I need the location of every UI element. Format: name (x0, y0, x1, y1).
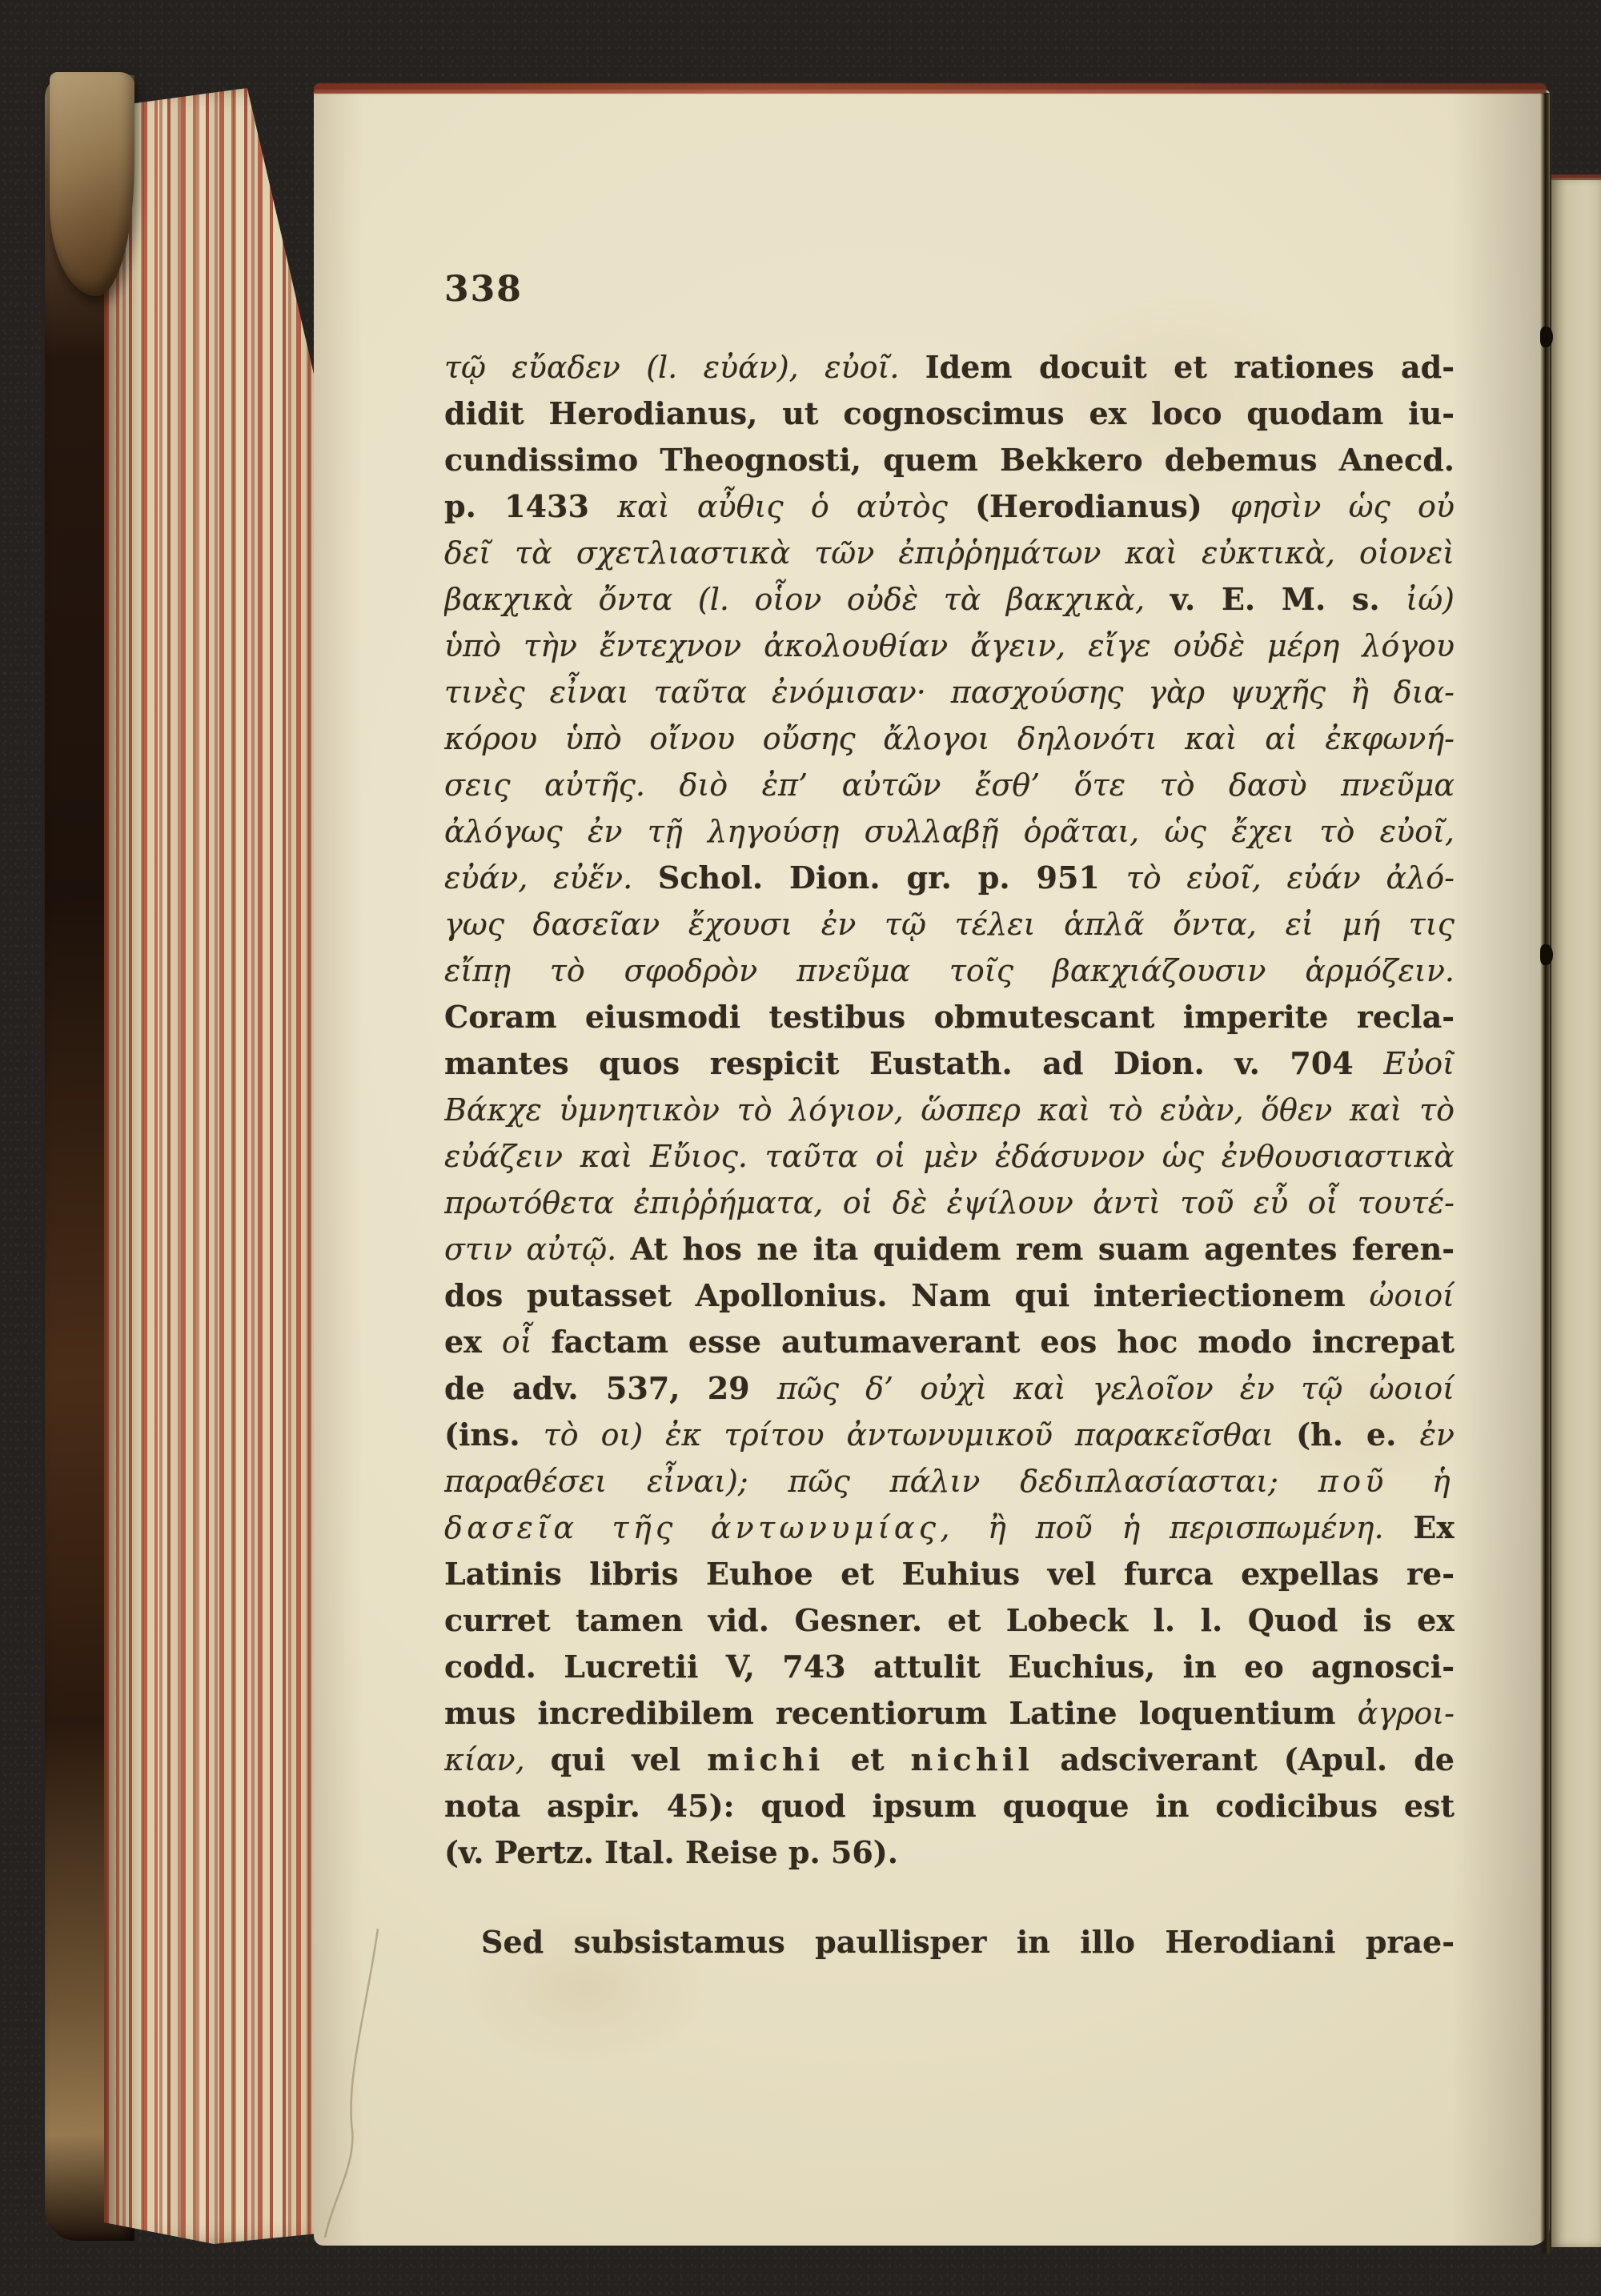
greek-text-segment: δεῖ τὰ σχετλιαστικὰ τῶν ἐπιῤῥημάτων καὶ … (444, 535, 1455, 571)
latin-text-segment: et (825, 1741, 911, 1777)
text-line: δεῖ τὰ σχετλιαστικὰ τῶν ἐπιῤῥημάτων καὶ … (444, 530, 1455, 576)
text-line: στιν αὐτῷ. At hos ne ita quidem rem suam… (444, 1226, 1455, 1272)
latin-text-segment: michi (707, 1741, 824, 1777)
greek-text-segment: ποῦ ἡ (1318, 1464, 1455, 1499)
page-top-stain (314, 83, 1547, 94)
latin-text-segment: de adv. 537, 29 (444, 1370, 777, 1406)
latin-text-segment: p. 1433 (444, 488, 617, 524)
text-line: mus incredibilem recentiorum Latine loqu… (444, 1690, 1455, 1737)
greek-text-segment: εἴπῃ τὸ σφοδρὸν πνεῦμα τοῖς βακχιάζουσιν… (444, 953, 1455, 988)
greek-text-segment: Εὐοῖ (1383, 1046, 1455, 1081)
latin-text-segment: (Herodianus) (975, 488, 1230, 524)
text-line: εὐάν, εὐἕν. Schol. Dion. gr. p. 951 τὸ ε… (444, 855, 1455, 901)
greek-text-segment: εὐάν, εὐἕν. (444, 860, 658, 896)
greek-text-segment: δασεῖα τῆς ἀντωνυμίας, (444, 1510, 988, 1545)
text-line: nota aspir. 45): quod ipsum quoque in co… (444, 1783, 1455, 1829)
greek-text-segment: οἷ (502, 1324, 552, 1360)
text-line: τῷ εὔαδεν (l. εὐάν), εὐοῖ. Idem docuit e… (444, 344, 1455, 391)
latin-text-segment: Coram eiusmodi testibus obmutescant impe… (444, 999, 1455, 1035)
latin-text-segment: (ins. (444, 1416, 544, 1453)
text-line: παραθέσει εἶναι); πῶς πάλιν δεδιπλασίαστ… (444, 1458, 1455, 1505)
greek-text-segment: τὸ οι) ἐκ τρίτου ἀντωνυμικοῦ παρακεῖσθαι (544, 1417, 1296, 1453)
latin-text-segment: factam esse autumaverant eos hoc modo in… (551, 1324, 1455, 1360)
text-line: δασεῖα τῆς ἀντωνυμίας, ἢ ποῦ ἡ περισπωμέ… (444, 1505, 1455, 1551)
text-line: Latinis libris Euhoe et Euhius vel furca… (444, 1551, 1455, 1597)
greek-text-segment: ἰώ) (1406, 582, 1455, 617)
greek-text-segment: στιν αὐτῷ. (444, 1232, 631, 1267)
text-line: ἀλόγως ἐν τῇ ληγούσῃ συλλαβῇ ὁρᾶται, ὡς … (444, 808, 1455, 855)
greek-text-segment: καὶ αὖθις ὁ αὐτὸς (617, 489, 975, 524)
text-line: σεις αὐτῆς. διὸ ἐπ’ αὐτῶν ἔσθ’ ὅτε τὸ δα… (444, 762, 1455, 808)
latin-text-segment: (v. Pertz. Ital. Reise p. 56). (444, 1834, 898, 1870)
latin-text-segment: Latinis libris Euhoe et Euhius vel furca… (444, 1556, 1455, 1592)
text-line: κίαν, qui vel michi et nichil adsciveran… (444, 1737, 1455, 1783)
latin-text-segment: adsciverant (Apul. de (1033, 1741, 1455, 1777)
text-line: mantes quos respicit Eustath. ad Dion. v… (444, 1040, 1455, 1087)
text-line: Sed subsistamus paullisper in illo Herod… (444, 1919, 1455, 1965)
text-line: Βάκχε ὑμνητικὸν τὸ λόγιον, ὥσπερ καὶ τὸ … (444, 1087, 1455, 1133)
latin-text-segment: Ex (1413, 1509, 1455, 1545)
greek-text-segment: βακχικὰ ὄντα (l. οἷον οὐδὲ τὰ βακχικὰ, (444, 582, 1170, 617)
greek-text-segment: εὐάζειν καὶ Εὔιος. ταῦτα οἱ μὲν ἐδάσυνον… (444, 1139, 1455, 1174)
greek-text-segment: ἀλόγως ἐν τῇ ληγούσῃ συλλαβῇ ὁρᾶται, ὡς … (444, 814, 1455, 849)
latin-text-segment: cundissimo Theognosti, quem Bekkero debe… (444, 442, 1455, 478)
text-line: βακχικὰ ὄντα (l. οἷον οὐδὲ τὰ βακχικὰ, v… (444, 576, 1455, 623)
latin-text-segment: codd. Lucretii V, 743 attulit Euchius, i… (444, 1649, 1455, 1685)
latin-text-segment: dos putasset Apollonius. Nam qui interie… (444, 1277, 1369, 1313)
text-line: de adv. 537, 29 πῶς δ’ οὐχὶ καὶ γελοῖον … (444, 1365, 1455, 1412)
page-gutter-crease (1540, 93, 1551, 2254)
greek-text-segment: ἀγροι- (1358, 1696, 1455, 1731)
greek-text-segment: γως δασεῖαν ἔχουσι ἐν τῷ τέλει ἁπλᾶ ὄντα… (444, 907, 1455, 942)
text-line: Coram eiusmodi testibus obmutescant impe… (444, 994, 1455, 1040)
latin-text-segment: v. E. M. s. (1170, 581, 1406, 617)
text-line: p. 1433 καὶ αὖθις ὁ αὐτὸς (Herodianus) φ… (444, 483, 1455, 530)
greek-text-segment: πῶς δ’ οὐχὶ καὶ γελοῖον ἐν τῷ ὠοιοί (777, 1371, 1455, 1406)
greek-text-segment: κίαν, (444, 1742, 551, 1777)
page-fore-edges (104, 88, 343, 2244)
latin-text-segment: At hos ne ita quidem rem suam agentes fe… (631, 1231, 1455, 1267)
latin-text-segment: Idem docuit et rationes ad- (925, 349, 1455, 385)
text-line: cundissimo Theognosti, quem Bekkero debe… (444, 437, 1455, 483)
greek-text-segment: τὸ εὐοῖ, εὐάν ἀλό- (1126, 860, 1455, 896)
text-line: κόρου ὑπὸ οἴνου οὔσης ἄλογοι δηλονότι κα… (444, 715, 1455, 762)
text-line: τινὲς εἶναι ταῦτα ἐνόμισαν· πασχούσης γὰ… (444, 669, 1455, 715)
page-text: τῷ εὔαδεν (l. εὐάν), εὐοῖ. Idem docuit e… (444, 344, 1455, 1965)
latin-text-segment: curret tamen vid. Gesner. et Lobeck l. l… (444, 1602, 1455, 1638)
text-line: (v. Pertz. Ital. Reise p. 56). (444, 1829, 1455, 1876)
text-line: γως δασεῖαν ἔχουσι ἐν τῷ τέλει ἁπλᾶ ὄντα… (444, 901, 1455, 948)
latin-text-segment: qui vel (551, 1741, 708, 1777)
gutter-nick (1540, 944, 1553, 965)
text-line: curret tamen vid. Gesner. et Lobeck l. l… (444, 1597, 1455, 1644)
text-line: codd. Lucretii V, 743 attulit Euchius, i… (444, 1644, 1455, 1690)
text-line: ὑπὸ τὴν ἔντεχνον ἀκολουθίαν ἄγειν, εἴγε … (444, 623, 1455, 669)
adjacent-page-edge (1551, 178, 1601, 2247)
text-line: ex οἷ factam esse autumaverant eos hoc m… (444, 1319, 1455, 1365)
greek-text-segment: κόρου ὑπὸ οἴνου οὔσης ἄλογοι δηλονότι κα… (444, 721, 1455, 756)
latin-text-segment: mantes quos respicit Eustath. ad Dion. v… (444, 1045, 1383, 1081)
greek-text-segment: τῷ εὔαδεν (l. εὐάν), εὐοῖ. (444, 350, 925, 385)
latin-text-segment: Sed subsistamus paullisper in illo Herod… (481, 1924, 1455, 1960)
greek-text-segment: Βάκχε ὑμνητικὸν τὸ λόγιον, ὥσπερ καὶ τὸ … (444, 1092, 1455, 1128)
greek-text-segment: ὑπὸ τὴν ἔντεχνον ἀκολουθίαν ἄγειν, εἴγε … (444, 628, 1455, 663)
book-page: 338 τῷ εὔαδεν (l. εὐάν), εὐοῖ. Idem docu… (314, 90, 1550, 2246)
torn-endpaper-corner (50, 72, 134, 296)
latin-text-segment: nota aspir. 45): quod ipsum quoque in co… (444, 1788, 1455, 1824)
latin-text-segment: didit Herodianus, ut cognoscimus ex loco… (444, 395, 1455, 431)
latin-text-segment: mus incredibilem recentiorum Latine loqu… (444, 1695, 1358, 1731)
text-line: (ins. τὸ οι) ἐκ τρίτου ἀντωνυμικοῦ παρακ… (444, 1412, 1455, 1458)
book-photo: 338 τῷ εὔαδεν (l. εὐάν), εὐοῖ. Idem docu… (0, 0, 1601, 2296)
greek-text-segment: σεις αὐτῆς. διὸ ἐπ’ αὐτῶν ἔσθ’ ὅτε τὸ δα… (444, 767, 1455, 803)
greek-text-segment: τινὲς εἶναι ταῦτα ἐνόμισαν· πασχούσης γὰ… (444, 675, 1455, 710)
greek-text-segment: πρωτόθετα ἐπιῤῥήματα, οἱ δὲ ἐψίλουν ἀντὶ… (444, 1185, 1455, 1220)
greek-text-segment: ἢ ποῦ ἡ περισπωμένη. (988, 1510, 1413, 1545)
greek-text-segment: παραθέσει εἶναι); πῶς πάλιν δεδιπλασίαστ… (444, 1464, 1318, 1499)
text-line: εἴπῃ τὸ σφοδρὸν πνεῦμα τοῖς βακχιάζουσιν… (444, 948, 1455, 994)
greek-text-segment: φησὶν ὡς οὐ (1230, 489, 1455, 524)
text-line: dos putasset Apollonius. Nam qui interie… (444, 1272, 1455, 1319)
page-number: 338 (444, 269, 523, 310)
greek-text-segment: ἐν (1420, 1417, 1455, 1453)
greek-text-segment: ὠοιοί (1369, 1278, 1455, 1313)
latin-text-segment: Schol. Dion. gr. p. 951 (658, 859, 1126, 896)
gutter-nick (1540, 327, 1553, 347)
latin-text-segment: (h. e. (1296, 1416, 1419, 1453)
text-line: πρωτόθετα ἐπιῤῥήματα, οἱ δὲ ἐψίλουν ἀντὶ… (444, 1180, 1455, 1226)
text-line: εὐάζειν καὶ Εὔιος. ταῦτα οἱ μὲν ἐδάσυνον… (444, 1133, 1455, 1180)
latin-text-segment: nichil (911, 1741, 1034, 1777)
text-line: didit Herodianus, ut cognoscimus ex loco… (444, 391, 1455, 437)
latin-text-segment: ex (444, 1324, 502, 1360)
